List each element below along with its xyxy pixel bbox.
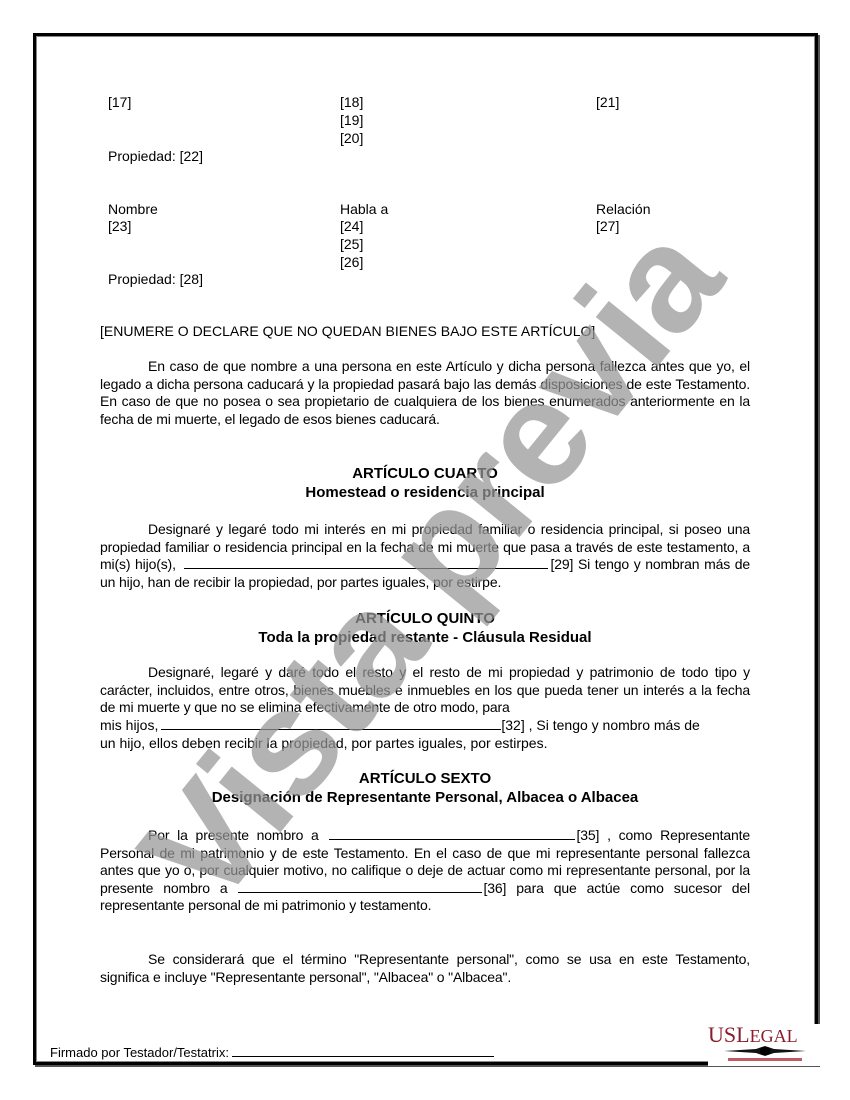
article-6-paragraph-2: Se considerará que el término "Represent… <box>100 951 750 986</box>
field-17: [17] <box>108 94 131 110</box>
logo-wordmark: USLEGAL <box>708 1024 798 1047</box>
article-6-paragraph-1: Por la presente nombro a [35] , como Rep… <box>100 827 750 915</box>
field-29-blank[interactable] <box>184 556 548 569</box>
field-35-blank[interactable] <box>329 827 575 840</box>
lapse-paragraph: En caso de que nombre a una persona en e… <box>100 358 750 428</box>
article-5-title: ARTÍCULO QUINTO <box>100 610 750 629</box>
instruction-text: [ENUMERE O DECLARE QUE NO QUEDAN BIENES … <box>100 323 595 339</box>
field-32-tag: [32] <box>501 717 524 733</box>
field-20: [20] <box>340 130 363 146</box>
field-21: [21] <box>596 94 619 110</box>
article-5-paragraph: Designaré, legaré y daré todo el resto y… <box>100 664 750 717</box>
field-27: [27] <box>596 218 619 234</box>
field-35-tag: [35] <box>577 827 600 843</box>
article-5-text-end-1: , Si tengo y nombro más de <box>529 717 700 733</box>
field-23: [23] <box>108 218 131 234</box>
eagle-emblem-icon <box>724 1046 806 1056</box>
signature-label: Firmado por Testador/Testatrix: <box>50 1045 229 1060</box>
uslegal-logo: USLEGAL <box>708 1024 823 1066</box>
field-29-tag: [29] <box>551 556 574 572</box>
signature-blank[interactable] <box>232 1044 494 1057</box>
header-relation: Relación <box>596 201 650 217</box>
article-6-text-start: Por la presente nombro a <box>148 827 319 843</box>
field-18: [18] <box>340 94 363 110</box>
article-6-definition-text: Se considerará que el término "Represent… <box>100 951 750 985</box>
field-24: [24] <box>340 218 363 234</box>
logo-tagline <box>728 1058 802 1061</box>
field-36-blank[interactable] <box>238 880 482 893</box>
header-speaks-to: Habla a <box>340 201 388 217</box>
header-name: Nombre <box>108 201 158 217</box>
article-5-mis-hijos: mis hijos, <box>100 717 158 733</box>
article-6-title: ARTÍCULO SEXTO <box>100 770 750 789</box>
article-5-line-4: mis hijos,[32] , Si tengo y nombro más d… <box>100 717 700 733</box>
article-5-text: Designaré, legaré y daré todo el resto y… <box>100 664 750 715</box>
field-19: [19] <box>340 112 363 128</box>
field-32-blank[interactable] <box>161 717 501 730</box>
field-36-tag: [36] <box>484 880 507 896</box>
signature-line: Firmado por Testador/Testatrix: <box>50 1044 494 1060</box>
property-22: Propiedad: [22] <box>108 148 203 164</box>
field-25: [25] <box>340 236 363 252</box>
article-4-subtitle: Homestead o residencia principal <box>100 484 750 503</box>
field-26: [26] <box>340 254 363 270</box>
article-4-title: ARTÍCULO CUARTO <box>100 465 750 484</box>
article-5-subtitle: Toda la propiedad restante - Cláusula Re… <box>100 629 750 648</box>
article-4-paragraph: Designaré y legaré todo mi interés en mi… <box>100 521 750 591</box>
article-5-line-5: un hijo, ellos deben recibir la propieda… <box>100 735 548 751</box>
property-28: Propiedad: [28] <box>108 271 203 287</box>
article-6-subtitle: Designación de Representante Personal, A… <box>100 789 750 808</box>
lapse-paragraph-text: En caso de que nombre a una persona en e… <box>100 358 750 427</box>
